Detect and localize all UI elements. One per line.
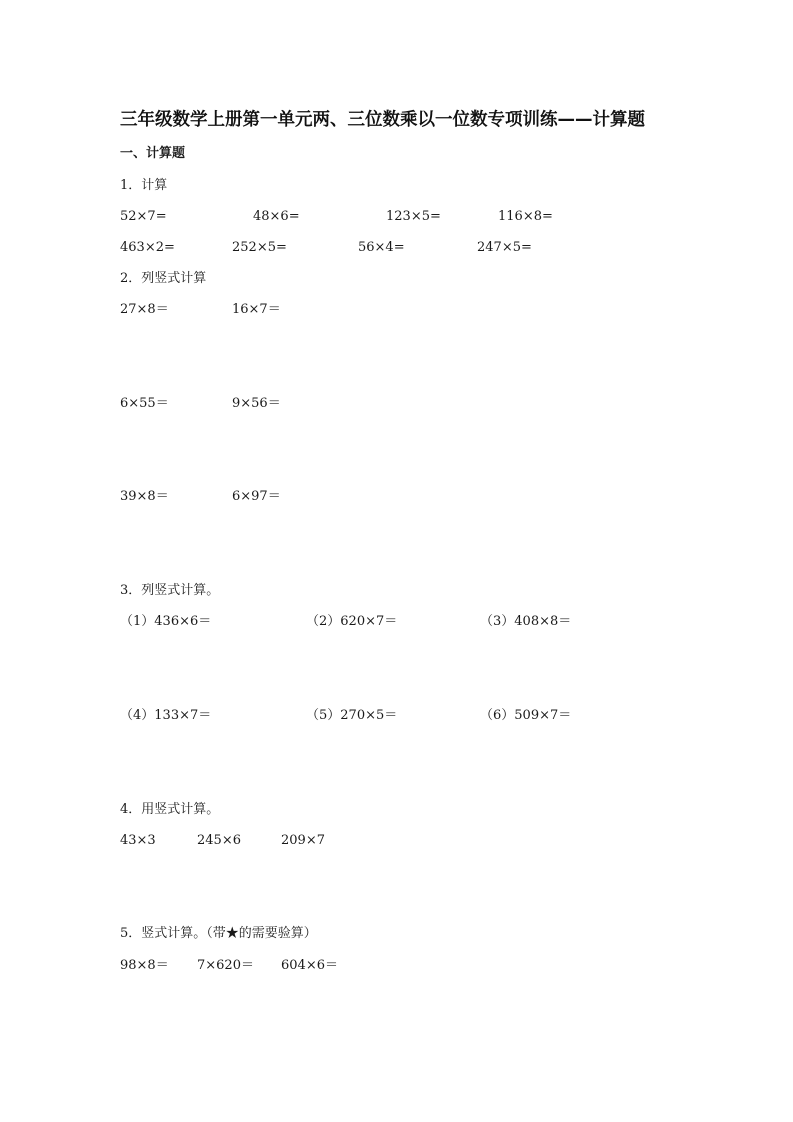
- page-title: 三年级数学上册第一单元两、三位数乘以一位数专项训练——计算题: [120, 106, 645, 131]
- problem: 43×3: [120, 833, 156, 849]
- problem: 9×56＝: [232, 396, 281, 412]
- problem: （4）133×7＝: [120, 708, 211, 724]
- question-5-label: 5．竖式计算。（带★的需要验算）: [120, 926, 317, 942]
- section-heading: 一、计算题: [120, 146, 185, 162]
- problem: 116×8=: [498, 209, 553, 225]
- problem: （2）620×7＝: [306, 614, 397, 630]
- problem: 98×8＝: [120, 958, 169, 974]
- problem: 252×5=: [232, 240, 287, 256]
- question-4-label: 4．用竖式计算。: [120, 802, 219, 818]
- problem: 16×7＝: [232, 302, 281, 318]
- problem: 27×8＝: [120, 302, 169, 318]
- problem: （1）436×6＝: [120, 614, 211, 630]
- problem: 39×8＝: [120, 489, 169, 505]
- problem: 6×97＝: [232, 489, 281, 505]
- problem: 463×2=: [120, 240, 175, 256]
- question-1-label: 1．计算: [120, 178, 167, 194]
- problem: 7×620＝: [197, 958, 254, 974]
- problem: （6）509×7＝: [480, 708, 571, 724]
- problem: （3）408×8＝: [480, 614, 571, 630]
- problem: 6×55＝: [120, 396, 169, 412]
- problem: 48×6=: [253, 209, 300, 225]
- question-3-label: 3．列竖式计算。: [120, 583, 219, 599]
- problem: 52×7=: [120, 209, 167, 225]
- problem: 245×6: [197, 833, 241, 849]
- problem: 123×5=: [386, 209, 441, 225]
- problem: （5）270×5＝: [306, 708, 397, 724]
- problem: 604×6＝: [281, 958, 338, 974]
- problem: 56×4=: [358, 240, 405, 256]
- problem: 247×5=: [477, 240, 532, 256]
- problem: 209×7: [281, 833, 325, 849]
- question-2-label: 2．列竖式计算: [120, 271, 206, 287]
